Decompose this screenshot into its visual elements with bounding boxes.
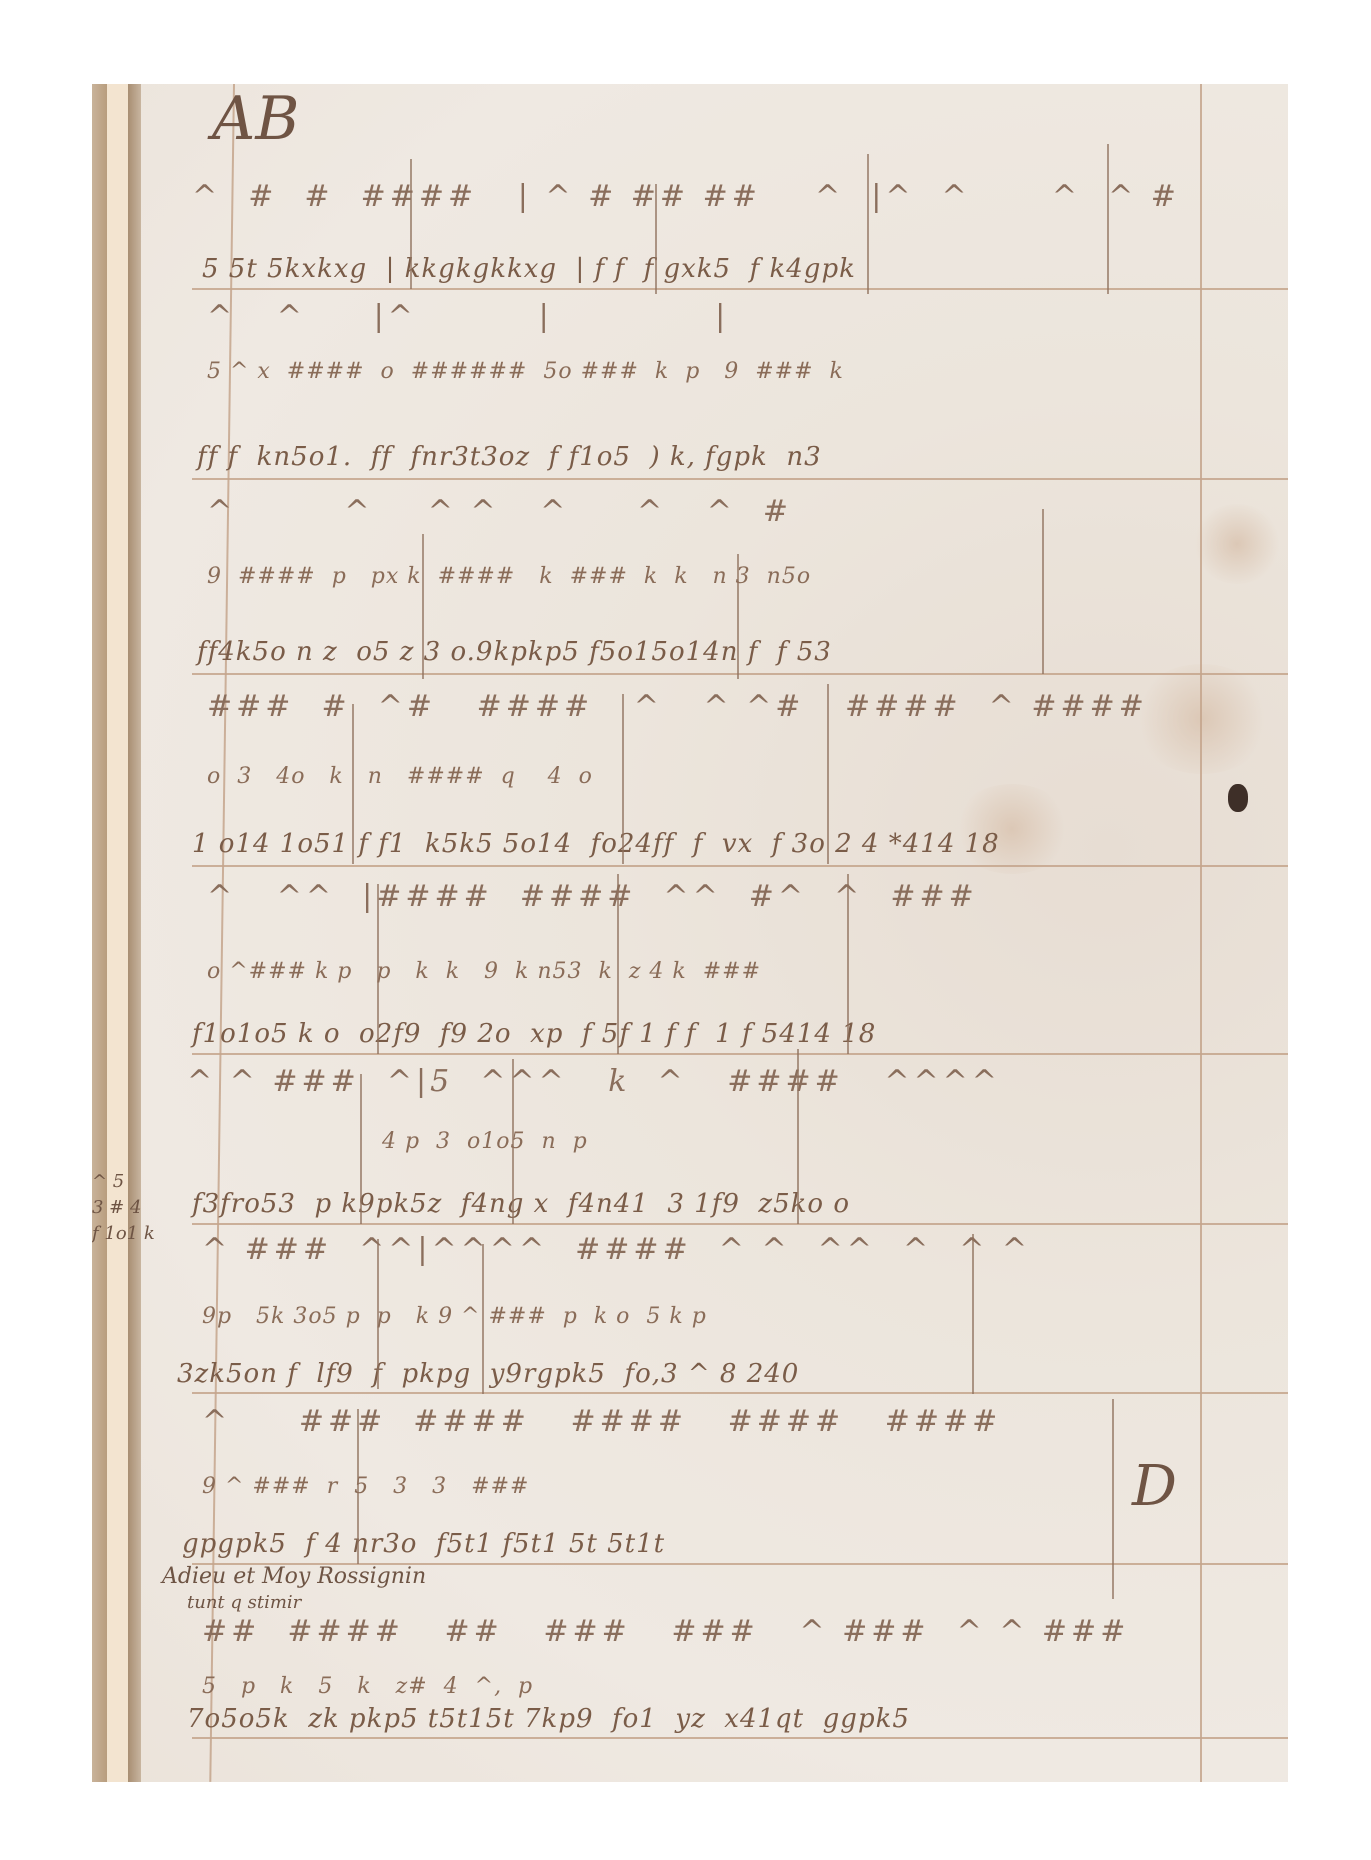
bar-line — [972, 1234, 974, 1394]
rhythm-flags: ^ ^ ### ^|5 ^^^ k ^ #### ^^^^ — [187, 1064, 1001, 1099]
bar-line — [410, 159, 412, 289]
bar-line — [622, 694, 624, 864]
bar-line — [352, 704, 354, 864]
tablature-upper: 9 ^ ### r 5 3 3 ### — [202, 1474, 529, 1499]
rhythm-flags: ^ ### #### #### #### #### — [202, 1404, 1001, 1439]
staff-ruling-5 — [192, 1053, 1288, 1055]
bar-line — [797, 1049, 799, 1224]
binding-edge-shadow — [128, 84, 141, 1782]
paper-stain — [1192, 504, 1282, 584]
bar-line — [847, 874, 849, 1054]
bar-line — [655, 184, 657, 294]
tablature-upper: o 3 4o k n #### q 4 o — [207, 764, 593, 789]
tablature-line: 3zk5on f lf9 f pkpg y9rgpk5 fo,3 ^ 8 240 — [177, 1359, 799, 1389]
staff-ruling-6 — [192, 1223, 1288, 1225]
staff-ruling-4 — [192, 865, 1288, 867]
rhythm-flags: ### # ^# #### ^ ^ ^# #### ^ #### — [207, 689, 1148, 724]
bar-line — [867, 154, 869, 294]
tablature-upper: 5 p k 5 k z# 4 ^, p — [202, 1674, 533, 1699]
bar-line — [1112, 1399, 1114, 1599]
bar-line — [512, 1059, 514, 1224]
rhythm-flags: ^ ^^ |#### #### ^^ #^ ^ ### — [207, 879, 978, 914]
tablature-line: f1o1o5 k o o2f9 f9 2o xp f 5f 1 f f 1 f … — [192, 1019, 876, 1049]
bar-line — [482, 1244, 484, 1394]
bar-line — [422, 534, 424, 679]
staff-ruling-2 — [192, 478, 1288, 480]
inscription-line-1: Adieu et Moy Rossignin — [162, 1564, 426, 1589]
tablature-upper: 9 #### p px k #### k ### k k n 3 n5o — [207, 564, 811, 589]
left-margin-note: ^ 5 3 # 4 f 1o1 k — [92, 1169, 155, 1247]
right-margin-ruling — [1200, 84, 1202, 1782]
initial-d: D — [1132, 1454, 1177, 1519]
binding-edge — [92, 84, 107, 1782]
bar-line — [377, 884, 379, 1054]
tablature-upper: 5 ^ x #### o ###### 5o ### k p 9 ### k — [207, 359, 844, 384]
staff-ruling-1 — [192, 288, 1288, 290]
tablature-line: ff f kn5o1. ff fnr3t3oz f f1o5 ) k, fgpk… — [197, 442, 822, 472]
manuscript-page: AB D ^ # # #### | ^ # ## ## ^ |^ ^ ^ ^ #… — [92, 84, 1288, 1782]
bar-line — [737, 554, 739, 679]
staff-ruling-9 — [192, 1737, 1288, 1739]
tablature-upper: 4 p 3 o1o5 n p — [382, 1129, 588, 1154]
tablature-line: 5 5t 5kxkxg | kkgkgkkxg | f f f gxk5 f k… — [202, 254, 856, 284]
binding-edge-cream — [107, 84, 128, 1782]
bar-line — [377, 1239, 379, 1389]
inscription-line-2: tunt q stimir — [187, 1592, 301, 1613]
tablature-line: 1 o14 1o51 f f1 k5k5 5o14 fo24ff f vx f … — [192, 829, 1000, 859]
tablature-line: 7o5o5k zk pkp5 t5t15t 7kp9 fo1 yz x41qt … — [187, 1704, 910, 1734]
bar-line — [357, 1409, 359, 1564]
staff-ruling-7 — [192, 1392, 1288, 1394]
staff-ruling-3 — [192, 673, 1288, 675]
initial-ab: AB — [212, 84, 299, 154]
rhythm-flags: ## #### ## ### ### ^ ### ^ ^ ### — [202, 1614, 1129, 1649]
tablature-upper: 9p 5k 3o5 p p k 9 ^ ### p k o 5 k p — [202, 1304, 707, 1329]
tablature-line: gpgpk5 f 4 nr3o f5t1 f5t1 5t 5t1t — [182, 1529, 665, 1559]
left-margin-ruling — [209, 84, 235, 1782]
rhythm-flags: ^ ^ |^ | | — [207, 299, 729, 334]
bar-line — [1042, 509, 1044, 674]
ink-blot — [1228, 784, 1248, 812]
bar-line — [1107, 144, 1109, 294]
rhythm-flags: ^ ^ ^ ^ ^ ^ ^ # — [207, 494, 792, 529]
bar-line — [360, 1074, 362, 1224]
tablature-upper: o ^### k p p k k 9 k n53 k z 4 k ### — [207, 959, 761, 984]
tablature-line: f3fro53 p k9pk5z f4ng x f4n41 3 1f9 z5ko… — [192, 1189, 850, 1219]
rhythm-flags: ^ ### ^^|^^^^ #### ^ ^ ^^ ^ ^ ^ — [202, 1232, 1031, 1267]
bar-line — [617, 874, 619, 1054]
rhythm-flags: ^ # # #### | ^ # ## ## ^ |^ ^ ^ ^ # — [192, 179, 1180, 214]
bar-line — [827, 684, 829, 864]
paper-stain — [1132, 664, 1272, 774]
